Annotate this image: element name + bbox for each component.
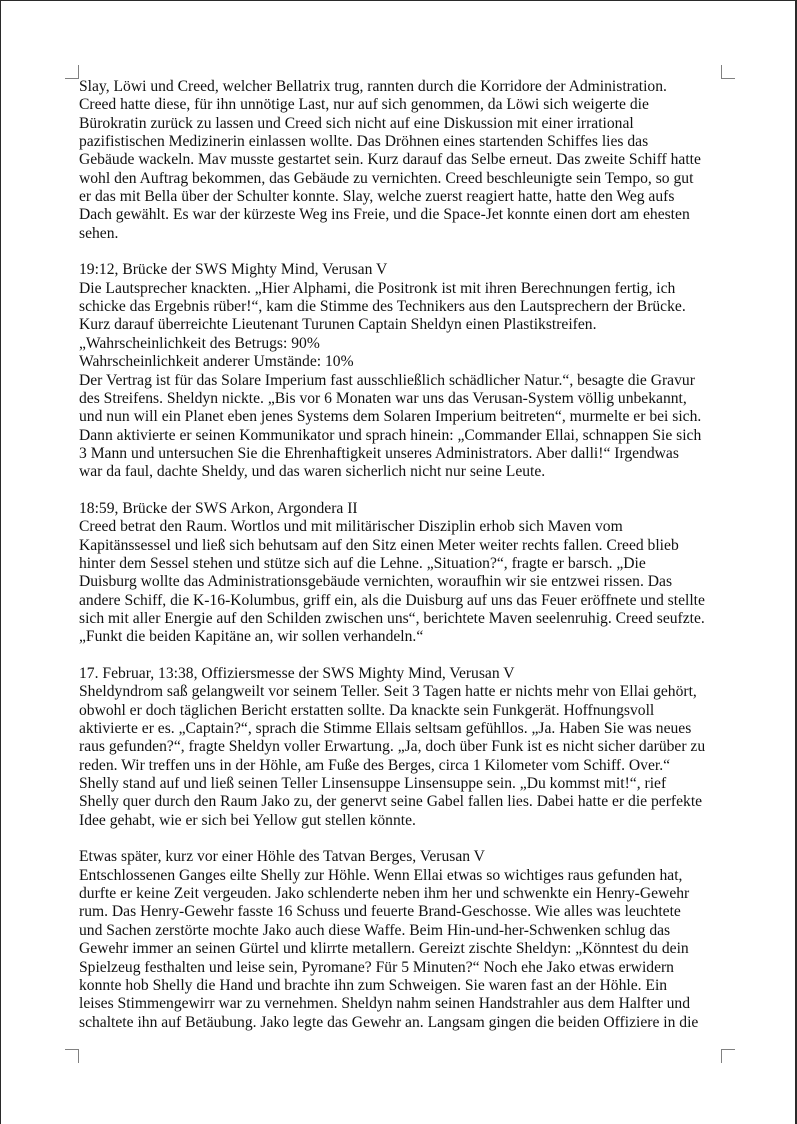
- blank-line: [79, 482, 724, 500]
- blank-line: [79, 647, 724, 665]
- document-body[interactable]: Slay, Löwi und Creed, welcher Bellatrix …: [79, 78, 724, 1032]
- text-line: Shelly quer durch den Raum Jako zu, der …: [79, 793, 724, 811]
- text-line: Entschlossenen Ganges eilte Shelly zur H…: [79, 867, 724, 885]
- text-line: Gebäude wackeln. Mav musste gestartet se…: [79, 151, 724, 169]
- paragraph-section: 19:12, Brücke der SWS Mighty Mind, Verus…: [79, 261, 724, 481]
- text-line: und Sachen zerstörte mochte Jako auch di…: [79, 922, 724, 940]
- text-line: Idee gehabt, wie er sich bei Yellow gut …: [79, 812, 724, 830]
- text-line: Der Vertrag ist für das Solare Imperium …: [79, 372, 724, 390]
- section-heading: 17. Februar, 13:38, Offiziersmesse der S…: [79, 665, 724, 683]
- section-heading: Etwas später, kurz vor einer Höhle des T…: [79, 848, 724, 866]
- text-line: wohl den Auftrag bekommen, das Gebäude z…: [79, 170, 724, 188]
- blank-line: [79, 830, 724, 848]
- text-line: Creed hatte diese, für ihn unnötige Last…: [79, 96, 724, 114]
- text-line: konnte hob Shelly die Hand und brachte i…: [79, 977, 724, 995]
- text-line: rum. Das Henry-Gewehr fasste 16 Schuss u…: [79, 903, 724, 921]
- text-line: Wahrscheinlichkeit anderer Umstände: 10%: [79, 353, 724, 371]
- text-line: Kurz darauf überreichte Lieutenant Turun…: [79, 316, 724, 334]
- text-line: Creed betrat den Raum. Wortlos und mit m…: [79, 518, 724, 536]
- text-line: Kapitänssessel und ließ sich behutsam au…: [79, 537, 724, 555]
- margin-corner-mark-top-left: [65, 65, 79, 79]
- blank-line: [79, 243, 724, 261]
- text-line: Dach gewählt. Es war der kürzeste Weg in…: [79, 206, 724, 224]
- section-heading: 19:12, Brücke der SWS Mighty Mind, Verus…: [79, 261, 724, 279]
- text-line: schaltete ihn auf Betäubung. Jako legte …: [79, 1014, 724, 1032]
- paragraph-section: 18:59, Brücke der SWS Arkon, Argondera I…: [79, 500, 724, 647]
- text-line: hinter dem Sessel stehen und stütze sich…: [79, 555, 724, 573]
- section-heading: 18:59, Brücke der SWS Arkon, Argondera I…: [79, 500, 724, 518]
- text-line: andere Schiff, die K-16-Kolumbus, griff …: [79, 592, 724, 610]
- text-line: „Wahrscheinlichkeit des Betrugs: 90%: [79, 335, 724, 353]
- text-line: obwohl er doch täglichen Bericht erstatt…: [79, 702, 724, 720]
- text-line: und nun will ein Planet eben jenes Syste…: [79, 408, 724, 426]
- text-line: Duisburg wollte das Administrationsgebäu…: [79, 573, 724, 591]
- text-line: Die Lautsprecher knackten. „Hier Alphami…: [79, 280, 724, 298]
- paragraph-section: 17. Februar, 13:38, Offiziersmesse der S…: [79, 665, 724, 830]
- text-line: schicke das Ergebnis rüber!“, kam die St…: [79, 298, 724, 316]
- text-line: sehen.: [79, 225, 724, 243]
- document-page: Slay, Löwi und Creed, welcher Bellatrix …: [0, 0, 797, 1124]
- text-line: aktivierte er es. „Captain?“, sprach die…: [79, 720, 724, 738]
- paragraph-section: Slay, Löwi und Creed, welcher Bellatrix …: [79, 78, 724, 243]
- text-line: Bürokratin zurück zu lassen und Creed si…: [79, 115, 724, 133]
- text-line: des Streifens. Sheldyn nickte. „Bis vor …: [79, 390, 724, 408]
- text-line: 3 Mann und untersuchen Sie die Ehrenhaft…: [79, 445, 724, 463]
- text-line: sich mit aller Energie auf den Schilden …: [79, 610, 724, 628]
- text-line: pazifistischen Medizinerin einlassen wol…: [79, 133, 724, 151]
- paragraph-section: Etwas später, kurz vor einer Höhle des T…: [79, 848, 724, 1031]
- text-line: er das mit Bella über der Schulter konnt…: [79, 188, 724, 206]
- text-line: durfte er keine Zeit vergeuden. Jako sch…: [79, 885, 724, 903]
- margin-corner-mark-bottom-left: [65, 1049, 79, 1063]
- text-line: Gewehr immer an seinen Gürtel und klirrt…: [79, 940, 724, 958]
- text-line: „Funkt die beiden Kapitäne an, wir solle…: [79, 628, 724, 646]
- text-line: reden. Wir treffen uns in der Höhle, am …: [79, 757, 724, 775]
- text-line: Shelly stand auf und ließ seinen Teller …: [79, 775, 724, 793]
- text-line: Spielzeug festhalten und leise sein, Pyr…: [79, 959, 724, 977]
- text-line: Sheldyndrom saß gelangweilt vor seinem T…: [79, 683, 724, 701]
- text-line: war da faul, dachte Sheldy, und das ware…: [79, 463, 724, 481]
- text-line: raus gefunden?“, fragte Sheldyn voller E…: [79, 738, 724, 756]
- text-line: leises Stimmengewirr war zu vernehmen. S…: [79, 995, 724, 1013]
- margin-corner-mark-bottom-right: [721, 1049, 735, 1063]
- margin-corner-mark-top-right: [721, 65, 735, 79]
- text-line: Dann aktivierte er seinen Kommunikator u…: [79, 427, 724, 445]
- text-line: Slay, Löwi und Creed, welcher Bellatrix …: [79, 78, 724, 96]
